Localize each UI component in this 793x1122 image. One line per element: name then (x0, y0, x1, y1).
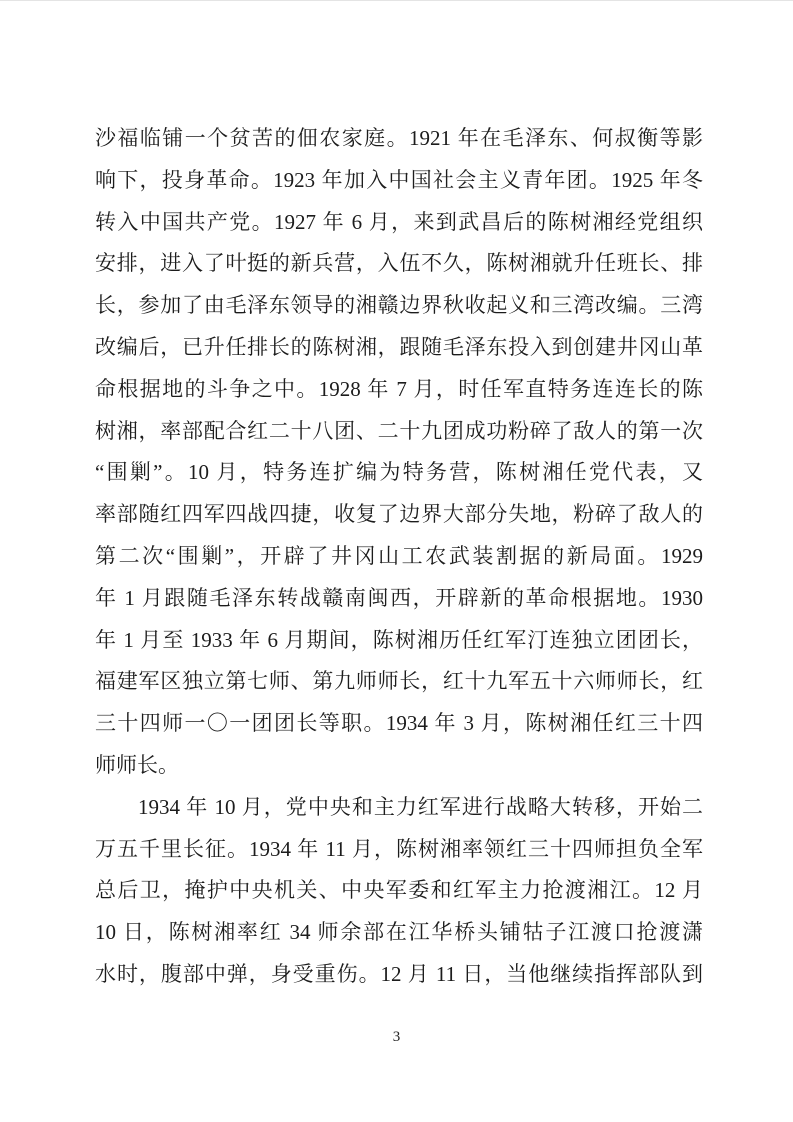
text-line: 转入中国共产党。1927 年 6 月，来到武昌后的陈树湘经党组织 (95, 202, 703, 244)
text-line: 第二次“围剿”，开辟了井冈山工农武装割据的新局面。1929 (95, 536, 703, 578)
paragraph: 沙福临铺一个贫苦的佃农家庭。1921 年在毛泽东、何叔衡等影 响下，投身革命。1… (95, 118, 703, 787)
text-line: 沙福临铺一个贫苦的佃农家庭。1921 年在毛泽东、何叔衡等影 (95, 118, 703, 160)
document-page: 沙福临铺一个贫苦的佃农家庭。1921 年在毛泽东、何叔衡等影 响下，投身革命。1… (0, 0, 793, 1122)
text-line: 安排，进入了叶挺的新兵营，入伍不久，陈树湘就升任班长、排 (95, 243, 703, 285)
text-line: 长，参加了由毛泽东领导的湘赣边界秋收起义和三湾改编。三湾 (95, 285, 703, 327)
text-line: 年 1 月至 1933 年 6 月期间，陈树湘历任红军汀连独立团团长， (95, 620, 703, 662)
text-line: 1934 年 10 月，党中央和主力红军进行战略大转移，开始二 (95, 787, 703, 829)
text-line: 改编后，已升任排长的陈树湘，跟随毛泽东投入到创建井冈山革 (95, 327, 703, 369)
paragraph: 1934 年 10 月，党中央和主力红军进行战略大转移，开始二 万五千里长征。1… (95, 787, 703, 996)
text-line: 万五千里长征。1934 年 11 月，陈树湘率领红三十四师担负全军 (95, 829, 703, 871)
text-line: 率部随红四军四战四捷，收复了边界大部分失地，粉碎了敌人的 (95, 494, 703, 536)
text-line: 命根据地的斗争之中。1928 年 7 月，时任军直特务连连长的陈 (95, 369, 703, 411)
text-line: 响下，投身革命。1923 年加入中国社会主义青年团。1925 年冬 (95, 160, 703, 202)
text-line: 师师长。 (95, 745, 703, 787)
text-line: 水时，腹部中弹，身受重伤。12 月 11 日，当他继续指挥部队到 (95, 954, 703, 996)
text-line: 三十四师一〇一团团长等职。1934 年 3 月，陈树湘任红三十四 (95, 703, 703, 745)
text-line: 10 日，陈树湘率红 34 师余部在江华桥头铺牯子江渡口抢渡潇 (95, 912, 703, 954)
text-line: 总后卫，掩护中央机关、中央军委和红军主力抢渡湘江。12 月 (95, 870, 703, 912)
body-text: 沙福临铺一个贫苦的佃农家庭。1921 年在毛泽东、何叔衡等影 响下，投身革命。1… (95, 118, 703, 996)
text-line: “围剿”。10 月，特务连扩编为特务营，陈树湘任党代表，又 (95, 452, 703, 494)
page-number: 3 (0, 1027, 793, 1047)
text-line: 福建军区独立第七师、第九师师长，红十九军五十六师师长，红 (95, 661, 703, 703)
text-line: 树湘，率部配合红二十八团、二十九团成功粉碎了敌人的第一次 (95, 411, 703, 453)
text-line: 年 1 月跟随毛泽东转战赣南闽西，开辟新的革命根据地。1930 (95, 578, 703, 620)
